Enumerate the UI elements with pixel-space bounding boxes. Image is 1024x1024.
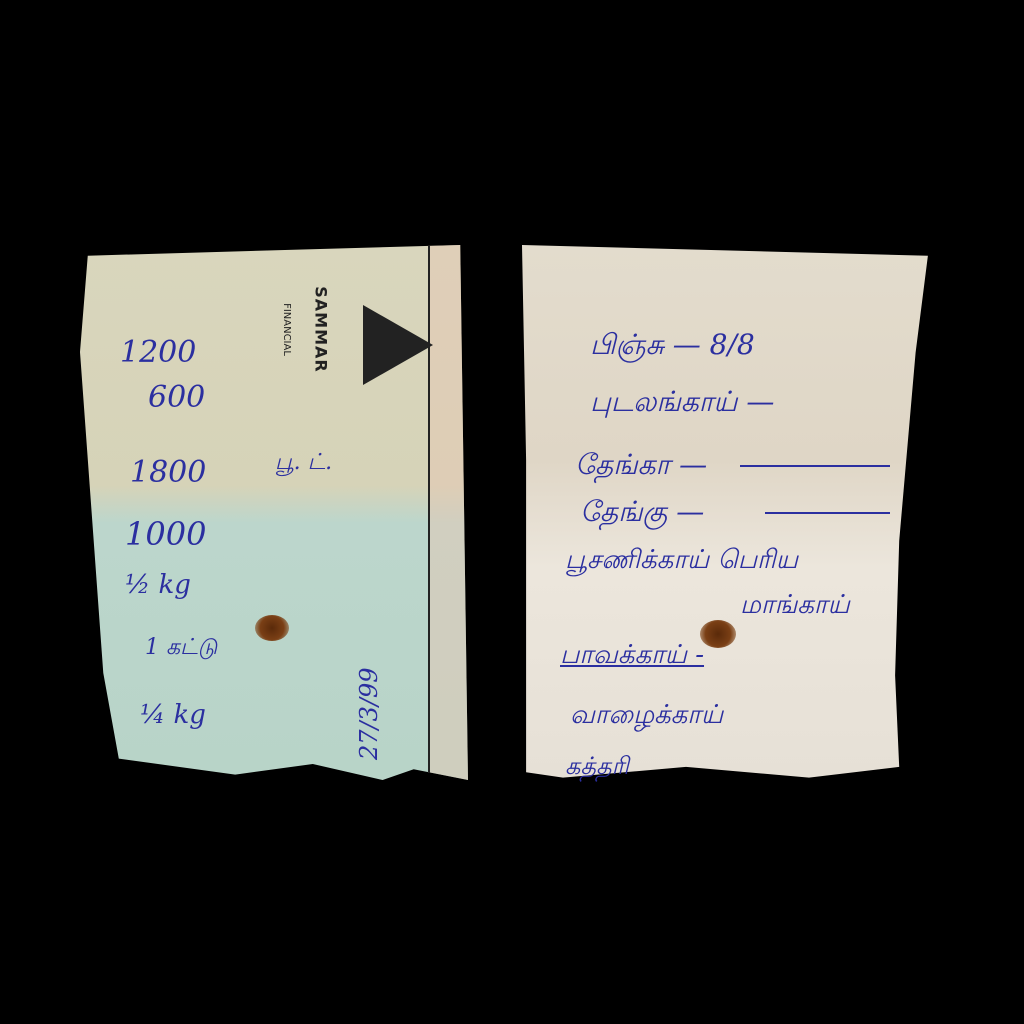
list-line-5: பூசணிக்காய் பெரிய (565, 545, 798, 578)
printed-margin-stripe (428, 245, 468, 780)
list-line-2: புடலங்காய் — (590, 385, 774, 422)
amount-4: 1000 (125, 515, 206, 553)
date-note: 27/3/99 (355, 667, 383, 760)
dash-line (740, 465, 890, 467)
side-note: பூ. ட். (275, 450, 332, 478)
list-line-9: கத்தரி (565, 752, 629, 783)
note-bundle: 1 கட்டு (145, 635, 217, 663)
dash-line (765, 512, 890, 514)
note-half-kg: ½ kg (125, 570, 191, 600)
amount-3: 1800 (130, 455, 206, 490)
triangle-logo-icon (363, 305, 433, 385)
note-quarter-kg: ¼ kg (140, 700, 206, 730)
rust-stain (700, 620, 736, 648)
amount-2: 600 (148, 380, 205, 415)
logo-name: SAMMAR (312, 286, 331, 372)
list-line-6: மாங்காய் (740, 590, 850, 623)
logo-subtitle: FINANCIAL (281, 303, 292, 356)
amount-1: 1200 (120, 335, 196, 370)
list-line-7: பாவக்காய் - (560, 640, 704, 673)
list-line-1: பிஞ்சு — 8/8 (590, 328, 755, 365)
list-line-4: தேங்கு — (580, 495, 704, 532)
list-line-3: தேங்கா — (575, 448, 707, 485)
list-line-8: வாழைக்காய் (570, 700, 723, 733)
rust-stain (255, 615, 289, 641)
